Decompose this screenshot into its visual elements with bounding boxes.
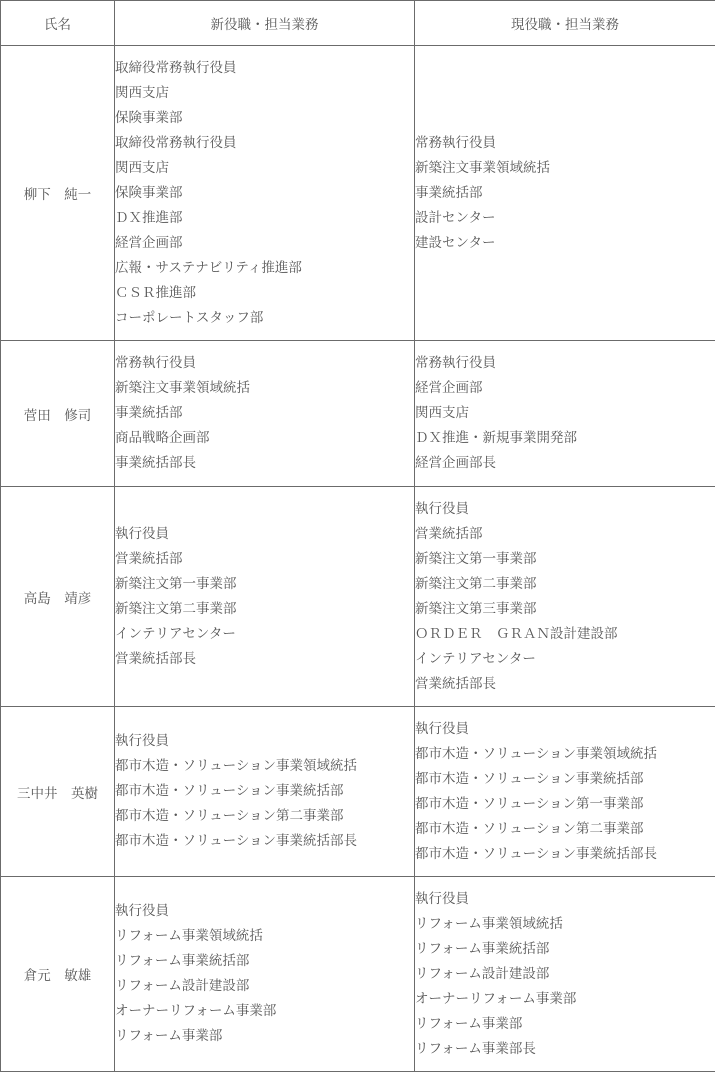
role-line: リフォーム設計建設部 (415, 962, 715, 987)
new-role-cell: 執行役員リフォーム事業領域統括リフォーム事業統括部リフォーム設計建設部オーナーリ… (115, 877, 415, 1072)
role-line: 取締役常務執行役員 (115, 56, 414, 81)
current-role-cell: 常務執行役員新築注文事業領域統括事業統括部設計センター建設センター (415, 46, 715, 341)
role-line: リフォーム事業領域統括 (115, 924, 414, 949)
role-line: 都市木造・ソリューション事業領域統括 (115, 754, 414, 779)
role-line: 営業統括部長 (115, 647, 414, 672)
role-line: リフォーム設計建設部 (115, 974, 414, 999)
role-line: インテリアセンター (415, 647, 715, 672)
role-line: ＤＸ推進部 (115, 206, 414, 231)
role-line: 経営企画部 (415, 376, 715, 401)
table-row: 柳下 純一 取締役常務執行役員関西支店保険事業部取締役常務執行役員関西支店保険事… (1, 46, 715, 341)
new-role-cell: 取締役常務執行役員関西支店保険事業部取締役常務執行役員関西支店保険事業部ＤＸ推進… (115, 46, 415, 341)
new-role-cell: 常務執行役員新築注文事業領域統括事業統括部商品戦略企画部事業統括部長 (115, 341, 415, 487)
person-name: 三中井 英樹 (1, 707, 115, 877)
current-role-cell: 常務執行役員経営企画部関西支店ＤＸ推進・新規事業開発部経営企画部長 (415, 341, 715, 487)
role-line: 執行役員 (415, 717, 715, 742)
role-line: 経営企画部 (115, 231, 414, 256)
header-new-role: 新役職・担当業務 (115, 1, 415, 46)
role-line: 都市木造・ソリューション事業統括部 (115, 779, 414, 804)
role-line: 営業統括部 (415, 522, 715, 547)
role-line: 都市木造・ソリューション事業統括部 (415, 767, 715, 792)
role-line: コーポレートスタッフ部 (115, 306, 414, 331)
header-name: 氏名 (1, 1, 115, 46)
role-line: 新築注文第二事業部 (115, 597, 414, 622)
role-line: 事業統括部長 (115, 451, 414, 476)
role-line: 事業統括部 (115, 401, 414, 426)
role-line: 新築注文第一事業部 (115, 572, 414, 597)
new-role-cell: 執行役員都市木造・ソリューション事業領域統括都市木造・ソリューション事業統括部都… (115, 707, 415, 877)
role-line: 関西支店 (415, 401, 715, 426)
role-line: ＤＸ推進・新規事業開発部 (415, 426, 715, 451)
role-line: 設計センター (415, 206, 715, 231)
table-row: 三中井 英樹 執行役員都市木造・ソリューション事業領域統括都市木造・ソリューショ… (1, 707, 715, 877)
role-line: リフォーム事業部長 (415, 1037, 715, 1062)
table-row: 高島 靖彦 執行役員営業統括部新築注文第一事業部新築注文第二事業部インテリアセン… (1, 487, 715, 707)
role-line: 執行役員 (115, 522, 414, 547)
person-name: 倉元 敏雄 (1, 877, 115, 1072)
role-line: 新築注文第一事業部 (415, 547, 715, 572)
person-name: 柳下 純一 (1, 46, 115, 341)
current-role-cell: 執行役員リフォーム事業領域統括リフォーム事業統括部リフォーム設計建設部オーナーリ… (415, 877, 715, 1072)
role-line: 都市木造・ソリューション第二事業部 (115, 804, 414, 829)
role-line: 都市木造・ソリューション第二事業部 (415, 817, 715, 842)
role-line: 新築注文第二事業部 (415, 572, 715, 597)
role-line: 営業統括部 (115, 547, 414, 572)
role-line: 新築注文事業領域統括 (115, 376, 414, 401)
role-line: リフォーム事業領域統括 (415, 912, 715, 937)
role-line: 広報・サステナビリティ推進部 (115, 256, 414, 281)
table-row: 倉元 敏雄 執行役員リフォーム事業領域統括リフォーム事業統括部リフォーム設計建設… (1, 877, 715, 1072)
role-line: ＯＲＤＥＲ ＧＲＡＮ設計建設部 (415, 622, 715, 647)
role-line: 都市木造・ソリューション事業統括部長 (115, 829, 414, 854)
role-line: オーナーリフォーム事業部 (115, 999, 414, 1024)
personnel-table: 氏名 新役職・担当業務 現役職・担当業務 柳下 純一 取締役常務執行役員関西支店… (0, 0, 715, 1072)
role-line: 執行役員 (415, 887, 715, 912)
role-line: 建設センター (415, 231, 715, 256)
role-line: 新築注文事業領域統括 (415, 156, 715, 181)
role-line: 都市木造・ソリューション事業領域統括 (415, 742, 715, 767)
role-line: リフォーム事業統括部 (415, 937, 715, 962)
role-line: 営業統括部長 (415, 672, 715, 697)
role-line: 新築注文第三事業部 (415, 597, 715, 622)
role-line: 事業統括部 (415, 181, 715, 206)
person-name: 高島 靖彦 (1, 487, 115, 707)
role-line: リフォーム事業部 (115, 1024, 414, 1049)
role-line: 常務執行役員 (415, 351, 715, 376)
role-line: 取締役常務執行役員 (115, 131, 414, 156)
role-line: 商品戦略企画部 (115, 426, 414, 451)
role-line: 保険事業部 (115, 181, 414, 206)
role-line: 執行役員 (415, 497, 715, 522)
header-row: 氏名 新役職・担当業務 現役職・担当業務 (1, 1, 715, 46)
role-line: 執行役員 (115, 899, 414, 924)
role-line: 経営企画部長 (415, 451, 715, 476)
table-row: 菅田 修司 常務執行役員新築注文事業領域統括事業統括部商品戦略企画部事業統括部長… (1, 341, 715, 487)
current-role-cell: 執行役員営業統括部新築注文第一事業部新築注文第二事業部新築注文第三事業部ＯＲＤＥ… (415, 487, 715, 707)
role-line: 都市木造・ソリューション事業統括部長 (415, 842, 715, 867)
role-line: 関西支店 (115, 156, 414, 181)
person-name: 菅田 修司 (1, 341, 115, 487)
role-line: 関西支店 (115, 81, 414, 106)
role-line: 執行役員 (115, 729, 414, 754)
role-line: リフォーム事業部 (415, 1012, 715, 1037)
role-line: リフォーム事業統括部 (115, 949, 414, 974)
role-line: オーナーリフォーム事業部 (415, 987, 715, 1012)
role-line: 都市木造・ソリューション第一事業部 (415, 792, 715, 817)
role-line: 保険事業部 (115, 106, 414, 131)
current-role-cell: 執行役員都市木造・ソリューション事業領域統括都市木造・ソリューション事業統括部都… (415, 707, 715, 877)
role-line: 常務執行役員 (415, 131, 715, 156)
role-line: ＣＳＲ推進部 (115, 281, 414, 306)
role-line: 常務執行役員 (115, 351, 414, 376)
role-line: インテリアセンター (115, 622, 414, 647)
header-current-role: 現役職・担当業務 (415, 1, 715, 46)
new-role-cell: 執行役員営業統括部新築注文第一事業部新築注文第二事業部インテリアセンター営業統括… (115, 487, 415, 707)
